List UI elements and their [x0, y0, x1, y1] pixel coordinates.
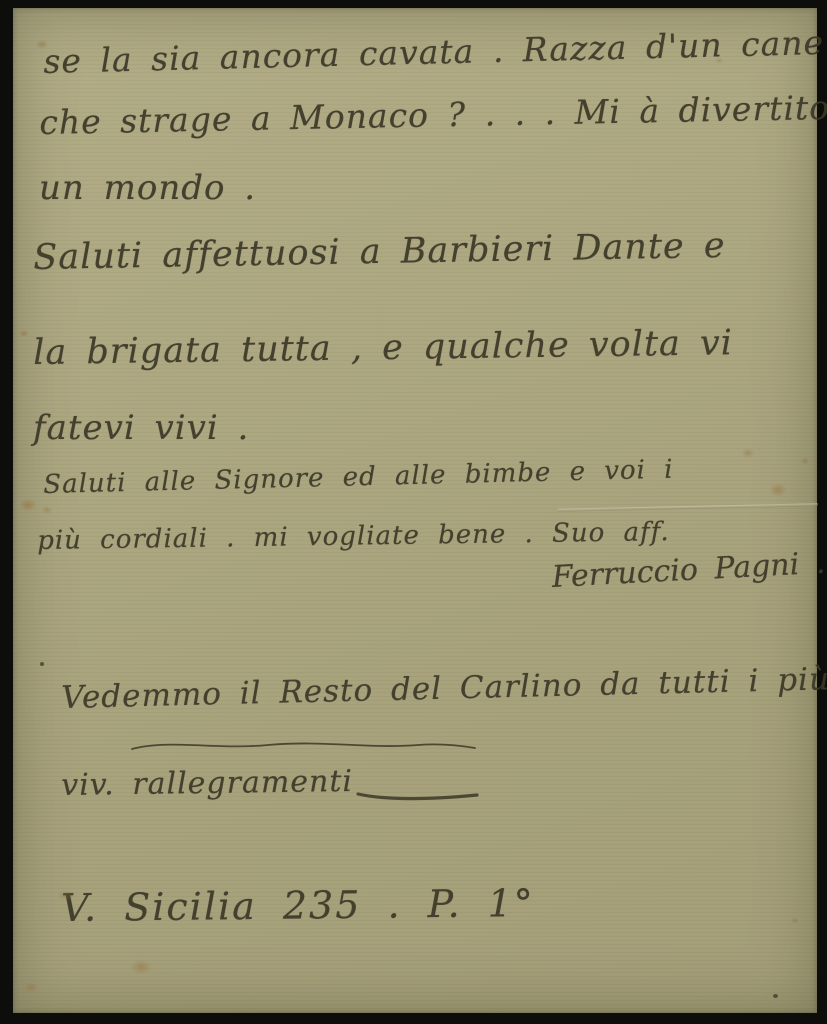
wavy-underline-stroke: [128, 736, 478, 754]
handwriting-line-1: se la sia ancora cavata . Razza d'un can…: [43, 23, 825, 81]
handwriting-line-5: la brigata tutta , e qualche volta vi: [33, 323, 733, 373]
postscript-line-1: Vedemmo il Resto del Carlino da tutti i …: [61, 661, 827, 716]
newspaper-title: il Resto del Carlino: [239, 667, 582, 711]
scan-background: { "document": { "kind": "Handwritten let…: [0, 0, 827, 1024]
ink-speck: [773, 994, 778, 998]
foxing-stain: [21, 980, 41, 995]
postscript-line-2: viv. rallegramenti: [61, 764, 353, 803]
foxing-stain: [125, 956, 157, 978]
handwriting-line-6: fatevi vivi .: [33, 408, 249, 448]
handwriting-line-8: più cordiali . mi vogliate bene . Suo af…: [37, 517, 670, 556]
ink-speck: [40, 662, 44, 666]
handwriting-line-2: che strage a Monaco ? . . . Mi à diverti…: [39, 88, 827, 142]
foxing-stain: [17, 328, 31, 339]
foxing-stain: [765, 480, 791, 500]
foxing-stain: [799, 456, 811, 466]
flourish-dash-stroke: [355, 788, 480, 804]
foxing-stain: [789, 916, 801, 925]
postscript-post: da tutti i più: [582, 661, 827, 703]
handwriting-line-3: un mondo .: [39, 168, 256, 208]
letter-paper: se la sia ancora cavata . Razza d'un can…: [13, 8, 817, 1013]
signature: Ferruccio Pagni .: [551, 546, 826, 595]
handwriting-line-4: Saluti affettuosi a Barbieri Dante e: [33, 226, 726, 278]
fold-crease: [558, 503, 818, 511]
postscript-pre: Vedemmo: [61, 676, 240, 716]
foxing-stain: [15, 496, 41, 514]
foxing-stain: [739, 446, 757, 460]
address-line: V. Sicilia 235 . P. 1°: [61, 881, 535, 930]
foxing-stain: [39, 504, 55, 516]
handwriting-line-7: Saluti alle Signore ed alle bimbe e voi …: [43, 455, 674, 500]
